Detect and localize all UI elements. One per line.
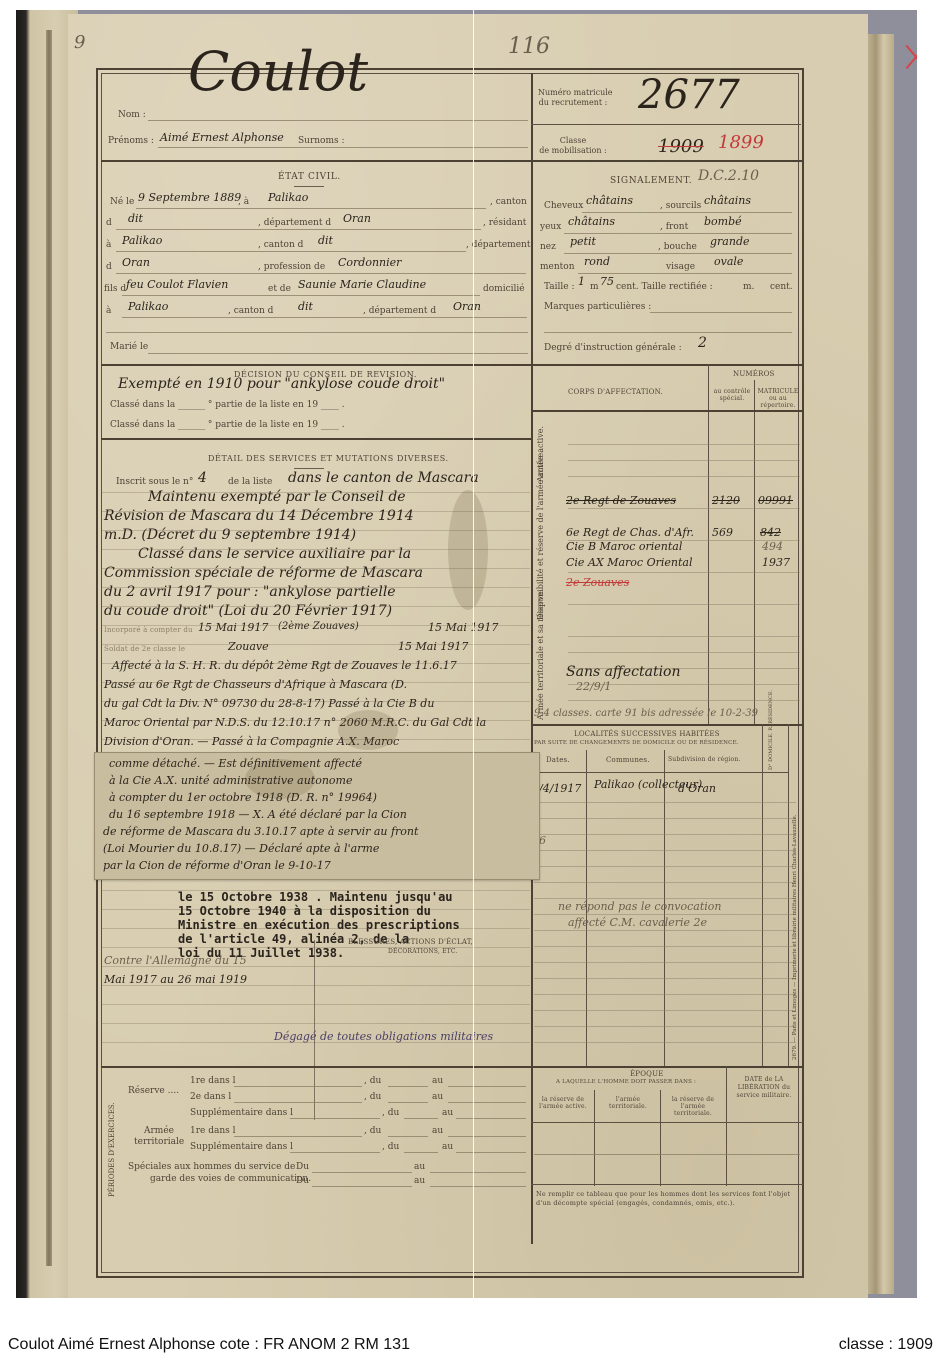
- fils-label: fils d: [104, 284, 126, 294]
- affectation-row-5-corps: 2e Zouaves: [566, 576, 629, 589]
- caption-identity: Coulot Aimé Ernest Alphonse cote : FR AN…: [8, 1336, 410, 1354]
- instruction-value: 2: [698, 335, 707, 351]
- affectation-row-4-corps: Cie AX Maroc Oriental: [566, 556, 692, 569]
- classe-value-struck: 1909: [658, 136, 704, 157]
- departement3-value: Oran: [453, 300, 481, 313]
- surnoms-label: Surnoms :: [298, 136, 345, 146]
- controle-header: au contrôle spécial.: [712, 388, 752, 402]
- col-domicile: D° DOMICILE. R. RÉSIDENCE.: [768, 730, 774, 770]
- cheveux-label: Cheveux: [544, 201, 583, 211]
- domicile-value: Palikao: [128, 300, 168, 313]
- taille-rect-m: m.: [743, 282, 754, 292]
- departement-label: , département d: [258, 218, 331, 228]
- localites-title: LOCALITÉS SUCCESSIVES HABITÉES: [574, 730, 720, 738]
- matricule-value: 2677: [638, 72, 740, 118]
- departement2-prefix: d: [106, 262, 112, 272]
- localites-note-2: affecté C.M. cavalerie 2e: [568, 916, 707, 929]
- etat-civil-title: ÉTAT CIVIL.: [278, 172, 341, 182]
- services-title: DÉTAIL DES SERVICES ET MUTATIONS DIVERSE…: [208, 454, 449, 463]
- blessures-label: BLESSURES, ACTIONS D'ÉCLAT,: [348, 938, 473, 946]
- reserve-label: Réserve ....: [128, 1086, 179, 1096]
- territoriale-row-2: Supplémentaire dans l: [190, 1142, 293, 1152]
- residence-prefix: à: [106, 240, 111, 250]
- col-communes: Communes.: [606, 756, 650, 764]
- classe-row-2: Classé dans la ______ ° partie de la lis…: [110, 420, 345, 430]
- menton-value: rond: [584, 255, 610, 268]
- front-value: bombé: [704, 215, 742, 228]
- taille-m-label: m: [590, 282, 599, 292]
- soldat-unit: Zouave: [228, 640, 269, 653]
- canton-value: dit: [128, 212, 143, 225]
- epoque-col-1: la réserve de l'armée active.: [534, 1096, 592, 1110]
- numeros-header: NUMÉROS: [733, 370, 775, 378]
- departement2-value: Oran: [122, 256, 150, 269]
- date-liberation-header: DATE de LA LIBÉRATION du service militai…: [728, 1076, 800, 1100]
- marques-label: Marques particulières :: [544, 302, 651, 312]
- caption-classe: classe : 1909: [839, 1336, 933, 1354]
- epoque-col-3: la réserve de l'armée territoriale.: [662, 1096, 724, 1117]
- affectation-row-1-controle: 2120: [712, 494, 740, 507]
- profession-value: Cordonnier: [338, 256, 401, 269]
- canton-label: , canton: [490, 197, 527, 207]
- menton-label: menton: [540, 262, 575, 272]
- form-frame: Coulot Nom : Prénoms : Aimé Ernest Alpho…: [96, 68, 804, 1278]
- yeux-label: yeux: [540, 222, 561, 232]
- localites-note-1: ne répond pas le convocation: [558, 900, 721, 913]
- soldat-label: Soldat de 2e classe le: [104, 645, 185, 653]
- visage-label: visage: [666, 262, 695, 272]
- liste-label: de la liste: [228, 477, 272, 487]
- affectation-note: 9.4 classes. carte 91 bis adressée le 10…: [534, 708, 758, 719]
- nom-value: Coulot: [188, 40, 368, 103]
- matricule-header: MATRICULE ou au répertoire.: [756, 388, 800, 409]
- incorpore-unit: (2ème Zouaves): [278, 621, 359, 632]
- corner-number: 9: [74, 32, 85, 53]
- yeux-value: châtains: [568, 215, 615, 228]
- instruction-label: Degré d'instruction générale :: [544, 343, 682, 353]
- marie-label: Marié le: [110, 342, 148, 352]
- right-page-stack: [868, 34, 894, 1294]
- departement3-label: , département d: [363, 306, 436, 316]
- degage-stamp: Dégagé de toutes obligations militaires: [274, 1030, 493, 1043]
- et-de-label: et de: [268, 284, 291, 294]
- bouche-label: , bouche: [658, 242, 697, 252]
- matricule-label: Numéro matriculedu recrutement :: [538, 88, 608, 108]
- exercices-side-label: PÉRIODES D'EXERCICES.: [108, 1080, 116, 1220]
- taille-m-value: 1: [578, 275, 585, 288]
- inscrit-value: 4: [198, 470, 207, 486]
- signalement-code: D.C.2.10: [698, 168, 759, 184]
- speciales-du-2: Du: [296, 1176, 309, 1186]
- epoque-col-2: l'armée territoriale.: [598, 1096, 658, 1110]
- red-x-mark: [903, 44, 917, 70]
- a-label: , à: [238, 197, 249, 207]
- front-label: , front: [660, 222, 688, 232]
- campagne-line-1: Contre l'Allemagne du 15: [104, 954, 247, 967]
- incorpore-label: Incorporé à compter du: [104, 626, 193, 634]
- prenoms-label: Prénoms :: [108, 136, 154, 146]
- father-name: feu Coulot Flavien: [126, 278, 228, 291]
- ne-le-label: Né le: [110, 197, 134, 207]
- epoque-title: ÉPOQUE: [630, 1070, 664, 1078]
- speciales-label-2: garde des voies de communication.: [150, 1174, 311, 1184]
- canton-prefix: d: [106, 218, 112, 228]
- scan-seam: [473, 10, 474, 1298]
- canton2-value: dit: [318, 234, 333, 247]
- scanned-register: 9 116 Coulot Nom : Prénoms : Aimé Ernest…: [16, 10, 917, 1298]
- taille-cent-value: 75: [600, 275, 614, 288]
- classe-row-1: Classé dans la ______ ° partie de la lis…: [110, 400, 345, 410]
- corps-header: CORPS D'AFFECTATION.: [568, 388, 663, 396]
- domicilie-label: domicilié: [483, 284, 525, 294]
- taille-label: Taille :: [544, 282, 575, 292]
- sourcils-label: , sourcils: [660, 201, 701, 211]
- decorations-label: DÉCORATIONS, ETC.: [388, 948, 458, 955]
- nom-label: Nom :: [118, 110, 146, 120]
- reserve-row-3: Supplémentaire dans l: [190, 1108, 293, 1118]
- nez-value: petit: [570, 235, 596, 248]
- col-subdivision: Subdivision de région.: [668, 756, 741, 763]
- residence-value: Palikao: [122, 234, 162, 247]
- territoriale-row-1: 1re dans l: [190, 1126, 236, 1136]
- sourcils-value: châtains: [704, 194, 751, 207]
- localites-subtitle: PAR SUITE DE CHANGEMENTS DE DOMICILE OU …: [534, 740, 739, 746]
- sans-affectation-date: 22/9/1: [576, 680, 611, 693]
- arrive-value: 15 Mai 1917: [428, 621, 498, 634]
- departement-value: Oran: [343, 212, 371, 225]
- inscrit-label: Inscrit sous le n°: [116, 477, 193, 487]
- affectation-row-4-matricule: 1937: [762, 556, 790, 569]
- prenoms-value: Aimé Ernest Alphonse: [160, 131, 284, 144]
- epoque-footnote: Ne remplir ce tableau que pour les homme…: [536, 1190, 798, 1208]
- profession-label: , profession de: [258, 262, 325, 272]
- epoque-subtitle: A LAQUELLE L'HOMME DOIT PASSER DANS :: [556, 1079, 696, 1085]
- incorpore-value: 15 Mai 1917: [198, 621, 268, 634]
- mother-name: Saunie Marie Claudine: [298, 278, 426, 291]
- localite-subdivision: d'Oran: [678, 782, 716, 795]
- col-dates: Dates.: [546, 756, 570, 764]
- matricule-sheet: 9 116 Coulot Nom : Prénoms : Aimé Ernest…: [68, 14, 868, 1298]
- reserve-row-2: 2e dans l: [190, 1092, 231, 1102]
- affectation-row-1-corps: 2e Regt de Zouaves: [566, 494, 676, 507]
- canton3-label: , canton d: [228, 306, 273, 316]
- residant-label: , résidant: [483, 218, 526, 228]
- nez-label: nez: [540, 242, 556, 252]
- birth-date: 9 Septembre 1889: [138, 191, 241, 204]
- soldat-value: 15 Mai 1917: [398, 640, 468, 653]
- domicile-prefix: à: [106, 306, 111, 316]
- sans-affectation: Sans affectation: [566, 664, 681, 680]
- territoriale-label: Armée territoriale et sa réserve.: [536, 630, 545, 720]
- visage-value: ovale: [714, 255, 743, 268]
- reserve-row-1: 1re dans l: [190, 1076, 236, 1086]
- affectation-row-3-matricule: 494: [762, 540, 783, 553]
- affectation-row-2-matricule: 842: [760, 526, 781, 539]
- territoriale-label: Armée territoriale: [134, 1126, 184, 1148]
- folio-number: 116: [508, 34, 550, 59]
- speciales-du-1: Du: [296, 1162, 309, 1172]
- affectation-row-3-corps: Cie B Maroc oriental: [566, 540, 682, 553]
- speciales-label-1: Spéciales aux hommes du service de: [128, 1162, 295, 1172]
- taille-rect-cent: cent.: [770, 282, 793, 292]
- classe-value-corrected: 1899: [718, 132, 764, 153]
- signalement-title: SIGNALEMENT.: [610, 176, 692, 186]
- taille-cent-label: cent. Taille rectifiée :: [616, 282, 713, 292]
- canton3-value: dit: [298, 300, 313, 313]
- affectation-row-2-corps: 6e Regt de Chas. d'Afr.: [566, 526, 694, 539]
- decision-handwritten: Exempté en 1910 pour "ankylose coude dro…: [118, 376, 445, 392]
- birth-place: Palikao: [268, 191, 308, 204]
- cheveux-value: châtains: [586, 194, 633, 207]
- classe-label: Classede mobilisation :: [538, 136, 608, 156]
- departement2-label: , département: [466, 240, 530, 250]
- campagne-line-2: Mai 1917 au 26 mai 1919: [104, 973, 247, 986]
- affectation-row-1-matricule: 09991: [758, 494, 793, 507]
- printer-imprint: 2679. — Paris et Limoges — Imprimerie et…: [792, 830, 798, 1060]
- affectation-row-2-controle: 569: [712, 526, 733, 539]
- canton2-label: , canton d: [258, 240, 303, 250]
- bouche-value: grande: [710, 235, 750, 248]
